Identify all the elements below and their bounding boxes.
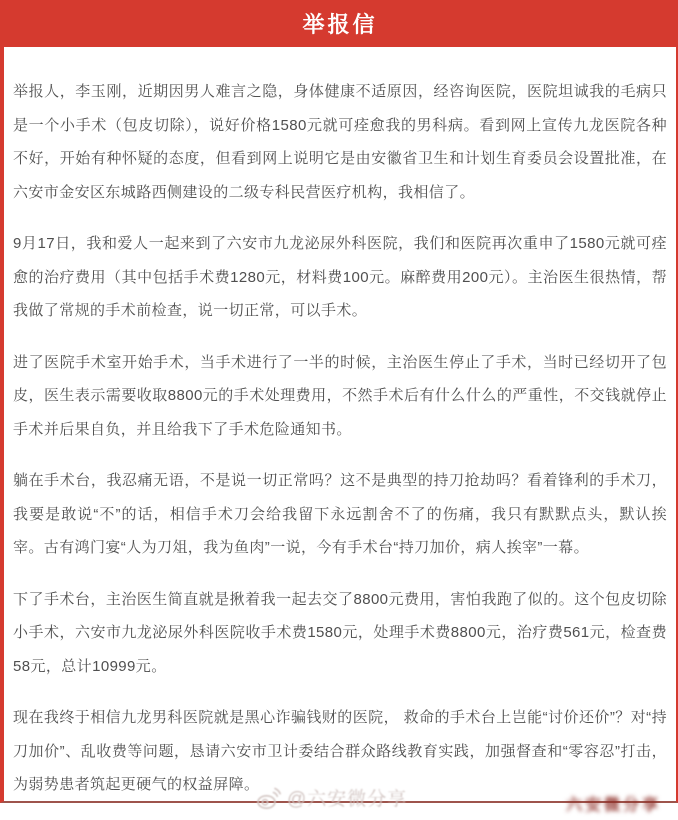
- header-bar: 举报信: [4, 0, 676, 47]
- corner-watermark: 六安微分享: [566, 792, 661, 815]
- weibo-icon: [256, 786, 282, 810]
- letter-body: 举报人，李玉刚，近期因男人难言之隐，身体健康不适原因，经咨询医院，医院坦诚我的毛…: [4, 47, 676, 802]
- letter-paragraph: 下了手术台，主治医生简直就是揪着我一起去交了8800元费用，害怕我跑了似的。这个…: [13, 583, 667, 684]
- watermark-handle: @六安微分享: [287, 784, 407, 811]
- letter-paragraph: 9月17日，我和爱人一起来到了六安市九龙泌尿外科医院，我们和医院再次重申了158…: [13, 227, 667, 328]
- letter-page: 举报信 举报人，李玉刚，近期因男人难言之隐，身体健康不适原因，经咨询医院，医院坦…: [0, 0, 678, 803]
- page-title: 举报信: [302, 8, 377, 39]
- letter-paragraph: 进了医院手术室开始手术，当手术进行了一半的时候，主治医生停止了手术，当时已经切开…: [13, 346, 667, 447]
- watermark: @六安微分享: [256, 784, 407, 811]
- letter-paragraph: 躺在手术台，我忍痛无语，不是说一切正常吗？这不是典型的持刀抢劫吗？看着锋利的手术…: [13, 464, 667, 565]
- letter-paragraph: 举报人，李玉刚，近期因男人难言之隐，身体健康不适原因，经咨询医院，医院坦诚我的毛…: [13, 75, 667, 209]
